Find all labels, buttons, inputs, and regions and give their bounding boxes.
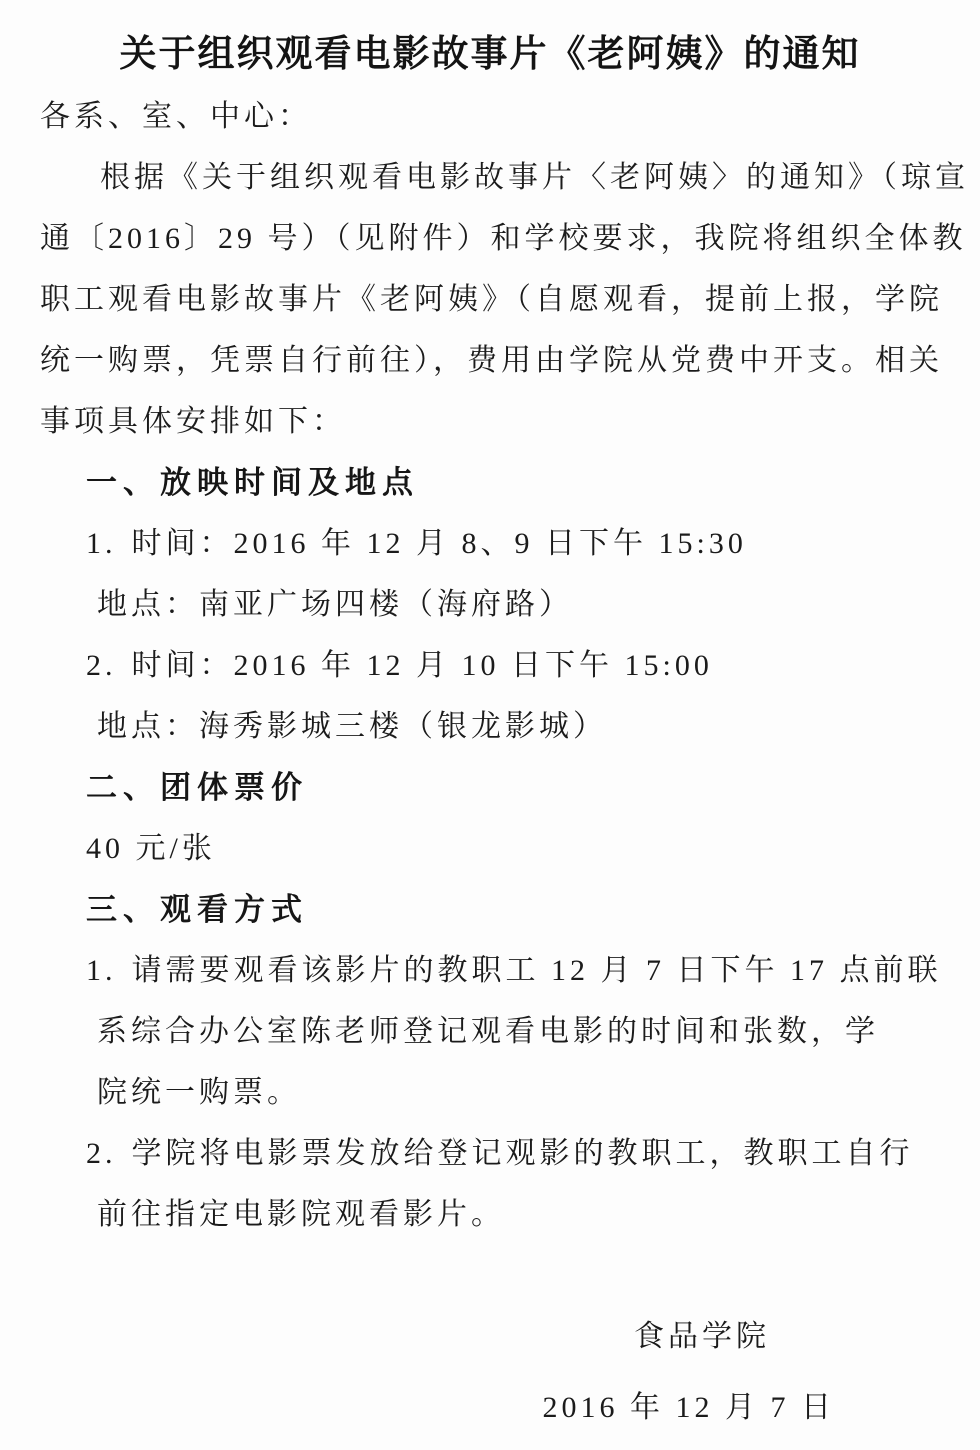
paragraph-line: 职工观看电影故事片《老阿姨》（自愿观看，提前上报，学院 [0, 269, 980, 330]
list-continuation-line: 地点：海秀影城三楼（银龙影城） [0, 696, 980, 757]
list-item-text: 时间：2016 年 12 月 10 日下午 15:00 [132, 649, 713, 682]
paragraph-line: 根据《关于组织观看电影故事片〈老阿姨〉的通知》（琼宣 [0, 147, 980, 208]
section-heading-2: 二、团体票价 [0, 757, 980, 818]
list-item-marker: 1. [86, 940, 117, 1001]
list-item: 2.学院将电影票发放给登记观影的教职工，教职工自行 [0, 1123, 980, 1184]
list-item: 1.请需要观看该影片的教职工 12 月 7 日下午 17 点前联 [0, 940, 980, 1001]
list-item-marker: 2. [86, 635, 117, 696]
section-heading-3: 三、观看方式 [0, 879, 980, 940]
list-item: 1.时间：2016 年 12 月 8、9 日下午 15:30 [0, 513, 980, 574]
list-continuation-line: 系综合办公室陈老师登记观看电影的时间和张数，学 [0, 1001, 980, 1062]
list-continuation-line: 前往指定电影院观看影片。 [0, 1184, 980, 1245]
list-continuation-line: 院统一购票。 [0, 1062, 980, 1123]
notice-document: 关于组织观看电影故事片《老阿姨》的通知 各系、室、中心： 根据《关于组织观看电影… [0, 0, 980, 1450]
signature-date: 2016 年 12 月 7 日 [0, 1377, 980, 1438]
paragraph-line: 通〔2016〕29 号）（见附件）和学校要求，我院将组织全体教 [0, 208, 980, 269]
ticket-price-line: 40 元/张 [0, 818, 980, 879]
list-item-marker: 2. [86, 1123, 117, 1184]
paragraph-line: 统一购票，凭票自行前往），费用由学院从党费中开支。相关 [0, 330, 980, 391]
list-item-text: 时间：2016 年 12 月 8、9 日下午 15:30 [132, 527, 747, 560]
salutation: 各系、室、中心： [0, 86, 980, 147]
paragraph-line: 事项具体安排如下： [0, 391, 980, 452]
list-item: 2.时间：2016 年 12 月 10 日下午 15:00 [0, 635, 980, 696]
list-item-marker: 1. [86, 513, 117, 574]
list-continuation-line: 地点：南亚广场四楼（海府路） [0, 574, 980, 635]
section-heading-1: 一、放映时间及地点 [0, 452, 980, 513]
signature-org: 食品学院 [0, 1306, 980, 1367]
notice-title: 关于组织观看电影故事片《老阿姨》的通知 [0, 0, 980, 86]
list-item-text: 学院将电影票发放给登记观影的教职工，教职工自行 [132, 1137, 914, 1170]
list-item-text: 请需要观看该影片的教职工 12 月 7 日下午 17 点前联 [132, 954, 942, 987]
